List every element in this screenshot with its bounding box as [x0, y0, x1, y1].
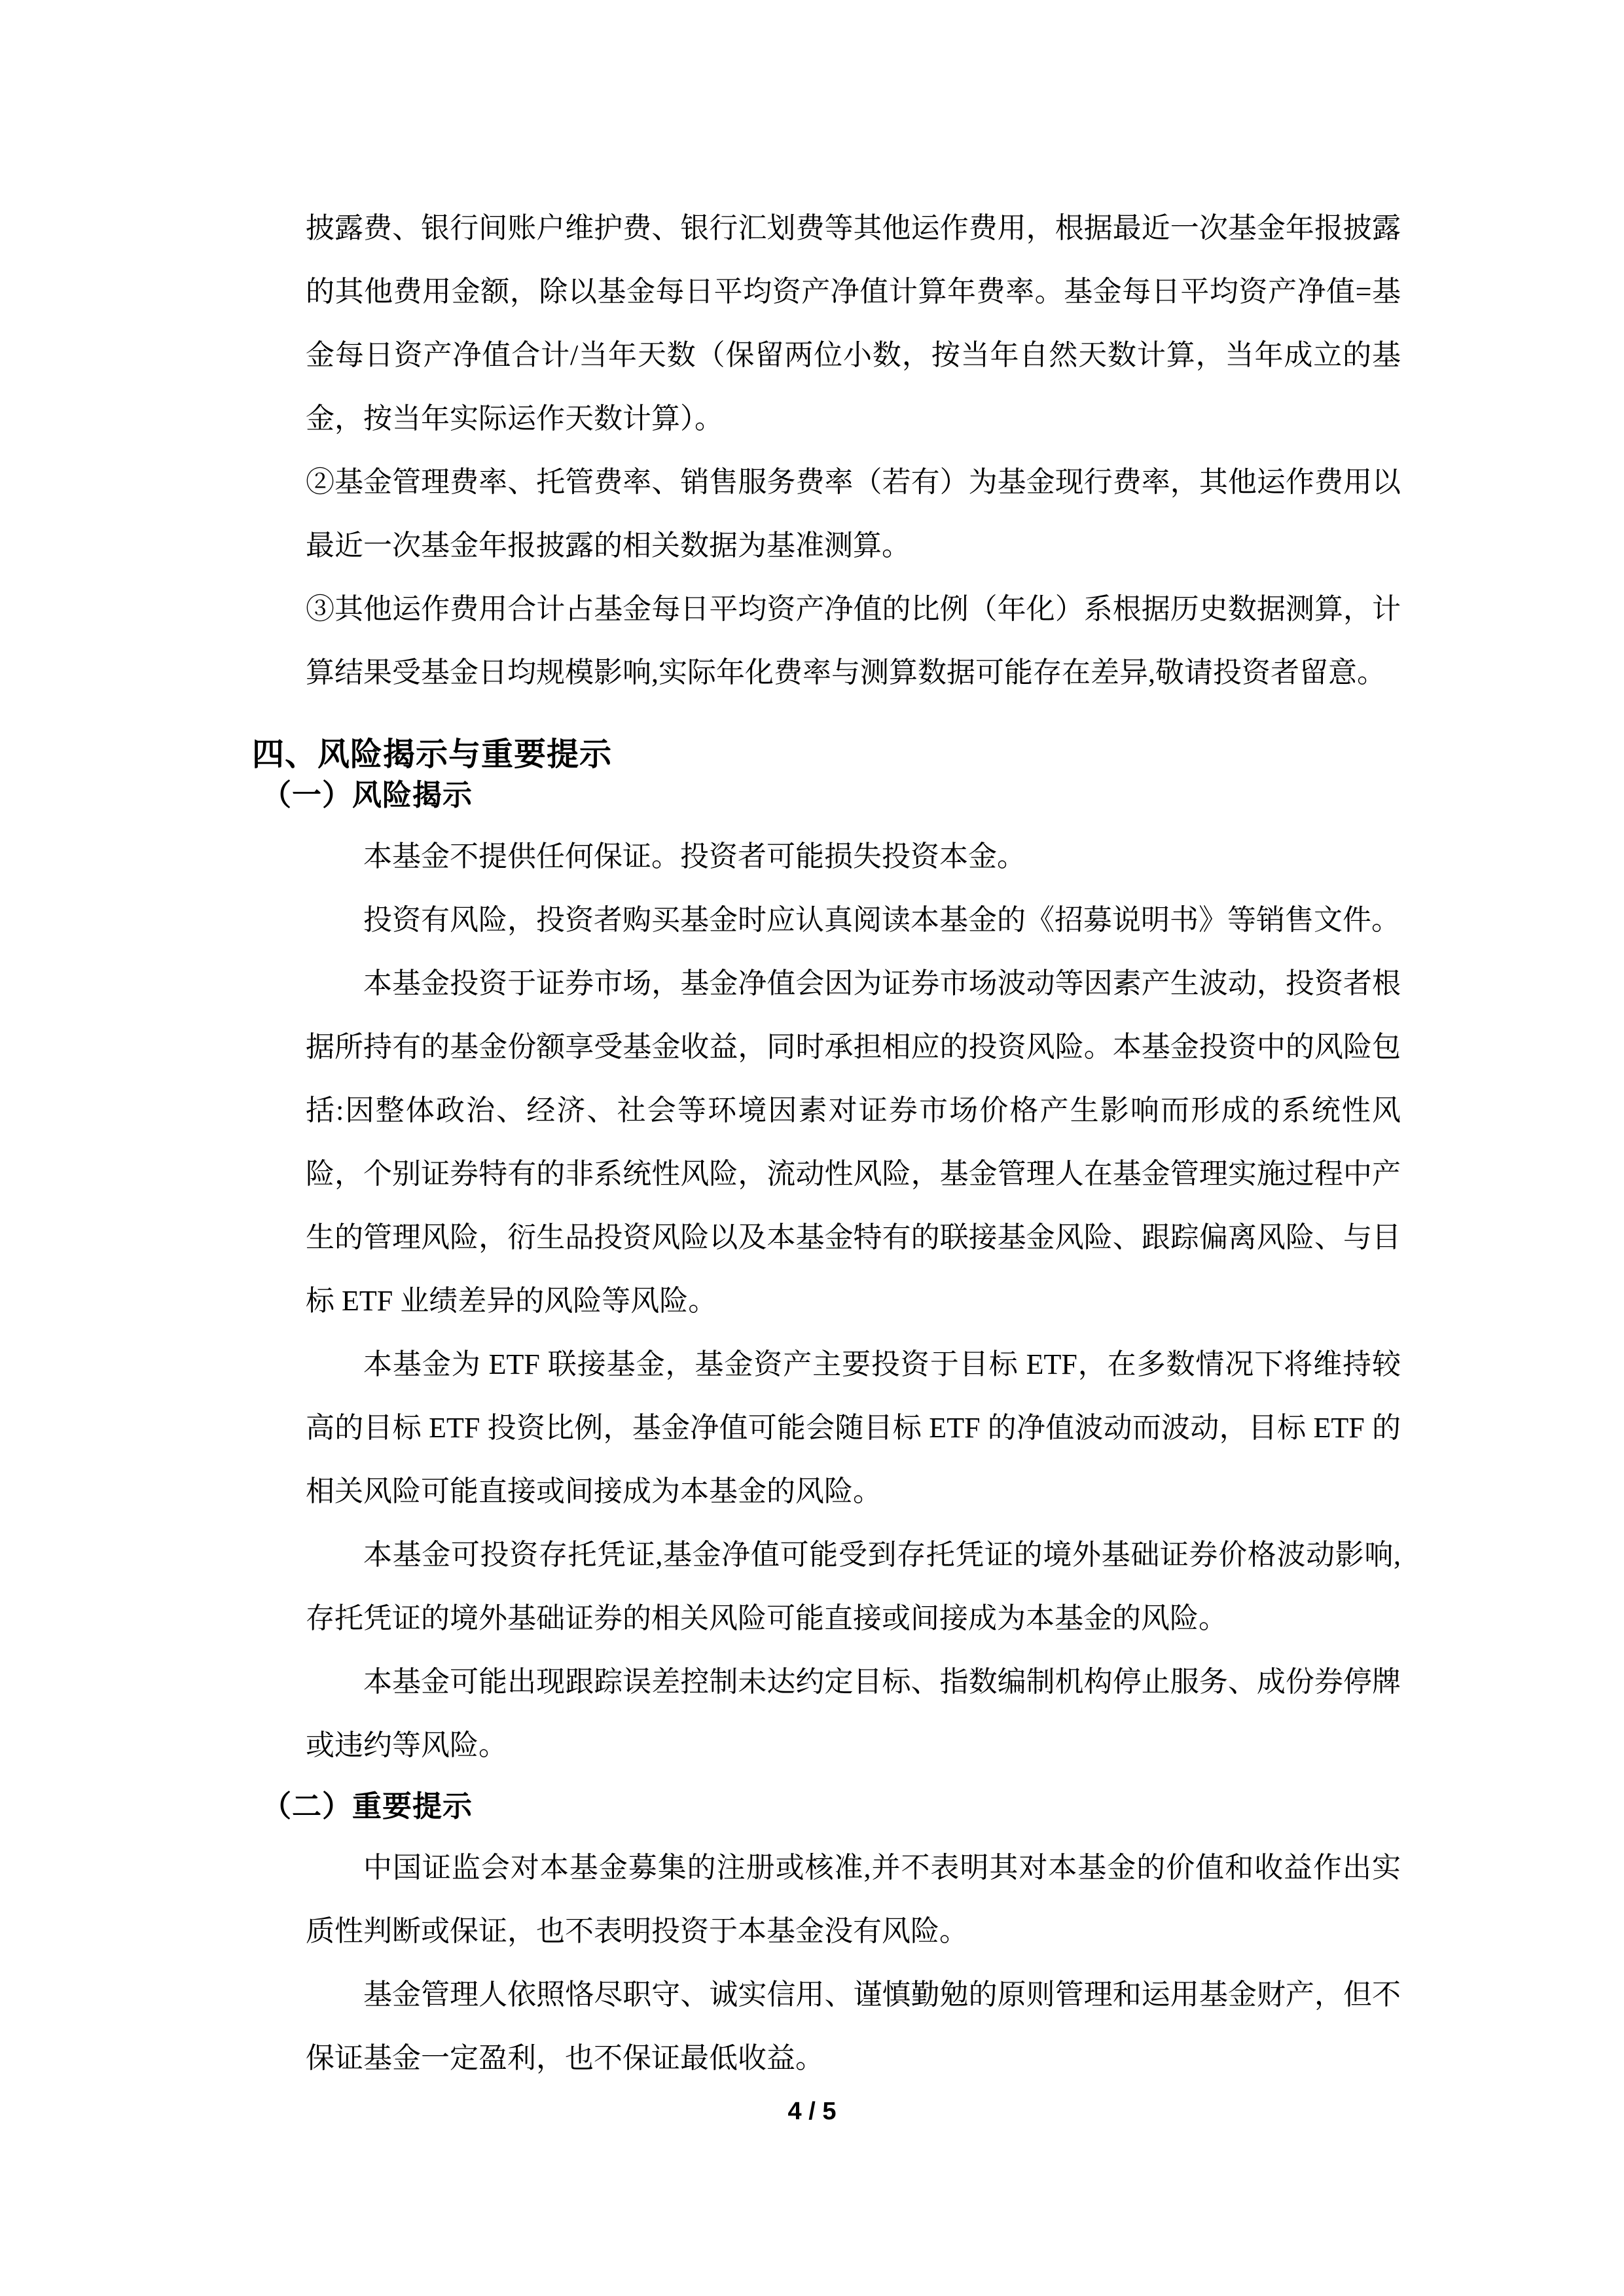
paragraph-csrc-registration: 中国证监会对本基金募集的注册或核准,并不表明其对本基金的价值和收益作出实质性判断… [306, 1836, 1401, 1963]
paragraph-etf-feeder-risk: 本基金为 ETF 联接基金，基金资产主要投资于目标 ETF，在多数情况下将维持较… [306, 1333, 1401, 1523]
paragraph-market-risks: 本基金投资于证券市场，基金净值会因为证券市场波动等因素产生波动，投资者根据所持有… [306, 952, 1401, 1333]
document-page: 披露费、银行间账户维护费、银行汇划费等其他运作费用，根据最近一次基金年报披露的其… [0, 0, 1624, 2296]
page-number: 4 / 5 [0, 2097, 1624, 2126]
paragraph-tracking-error-risk: 本基金可能出现跟踪误差控制未达约定目标、指数编制机构停止服务、成份券停牌或违约等… [306, 1650, 1401, 1777]
paragraph-note-3: ③其他运作费用合计占基金每日平均资产净值的比例（年化）系根据历史数据测算，计算结… [306, 577, 1401, 704]
section-heading-risk-and-notice: 四、风险揭示与重要提示 [252, 734, 1401, 775]
paragraph-manager-duty: 基金管理人依照恪尽职守、诚实信用、谨慎勤勉的原则管理和运用基金财产，但不保证基金… [306, 1963, 1401, 2090]
subsection-heading-important-notice: （二）重要提示 [262, 1786, 1401, 1827]
paragraph-fee-continuation: 披露费、银行间账户维护费、银行汇划费等其他运作费用，根据最近一次基金年报披露的其… [306, 196, 1401, 450]
paragraph-depositary-receipt-risk: 本基金可投资存托凭证,基金净值可能受到存托凭证的境外基础证券价格波动影响,存托凭… [306, 1523, 1401, 1650]
paragraph-no-guarantee: 本基金不提供任何保证。投资者可能损失投资本金。 [306, 825, 1401, 888]
paragraph-note-2: ②基金管理费率、托管费率、销售服务费率（若有）为基金现行费率，其他运作费用以最近… [306, 450, 1401, 577]
page-content: 披露费、银行间账户维护费、银行汇划费等其他运作费用，根据最近一次基金年报披露的其… [252, 196, 1401, 2090]
subsection-heading-risk-disclosure: （一）风险揭示 [262, 775, 1401, 816]
paragraph-read-prospectus: 投资有风险，投资者购买基金时应认真阅读本基金的《招募说明书》等销售文件。 [306, 888, 1401, 952]
